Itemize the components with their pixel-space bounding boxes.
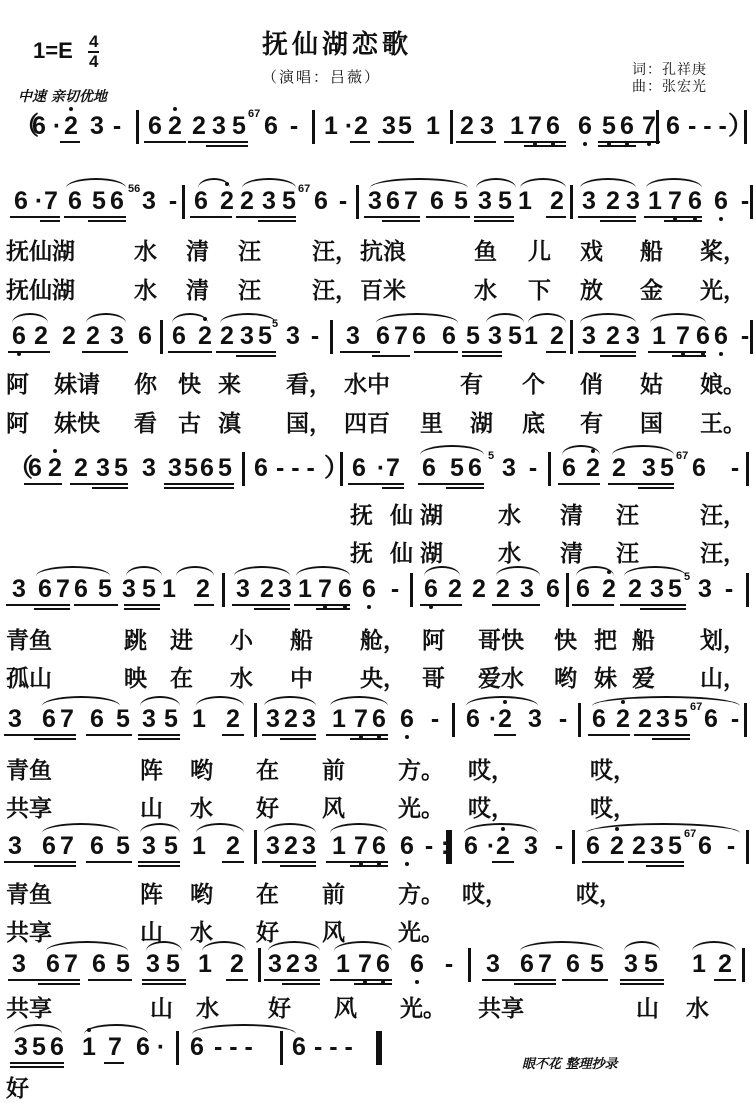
lyric-text: 光。 (398, 914, 444, 947)
note: 2 (494, 575, 512, 603)
slur-arc (650, 313, 706, 323)
barline (410, 573, 413, 607)
octave-dot-high (69, 107, 73, 111)
dash-extension: - (164, 187, 182, 215)
note: 3 (260, 187, 278, 215)
lyric-text: 哥 (422, 660, 445, 693)
octave-dot-low (415, 980, 419, 984)
slur-arc (424, 566, 460, 576)
beam-underline (634, 734, 690, 736)
meter-top: 4 (88, 33, 99, 53)
lyric-text: 哎， (590, 790, 636, 823)
note: 6 (440, 322, 458, 350)
beam-underline (504, 141, 566, 143)
lyric-text: 妹 (594, 660, 617, 693)
note: 2 (258, 575, 276, 603)
beam-underline (264, 979, 320, 981)
note: 3 (284, 322, 302, 350)
note: 3 (648, 832, 666, 860)
note: 2 (604, 322, 622, 350)
note: 2 (630, 832, 648, 860)
note: 6 (188, 1033, 206, 1061)
barline (566, 573, 569, 607)
dash-extension: - - - (214, 1033, 253, 1061)
slur-arc (580, 178, 636, 188)
dash-extension: - - - (688, 112, 727, 140)
note: 7 (352, 832, 370, 860)
note: 1 (296, 575, 314, 603)
note: 3 (302, 950, 320, 978)
lyric-text: 清 (560, 497, 583, 530)
beam-underline (648, 351, 706, 353)
lyric-text: 光， (700, 272, 746, 305)
song-title: 抚仙湖恋歌 (262, 24, 412, 61)
beam-underline (190, 216, 232, 218)
barline (750, 185, 753, 219)
beam-underline (8, 351, 50, 353)
note: 3 (238, 322, 256, 350)
beam-underline (714, 979, 736, 981)
lyric-text: 爱 (632, 660, 655, 693)
lyric-text: 放 (580, 272, 603, 305)
note: 5 (162, 705, 180, 733)
tempo-marking: 中速 亲切优地 (18, 86, 107, 106)
lyric-text: 舱， (360, 622, 406, 655)
beam-underline (546, 351, 566, 353)
beam-underline (262, 861, 316, 863)
lyric-text: 好 (256, 790, 279, 823)
note: 6 (702, 705, 720, 733)
beam-underline (652, 738, 690, 740)
beam-underline (326, 861, 388, 863)
barline (452, 703, 455, 737)
slur-arc (562, 445, 600, 455)
beam-underline (294, 604, 350, 606)
lyric-text: 山 (140, 790, 163, 823)
barline (746, 830, 749, 864)
beam-underline (10, 216, 60, 218)
barline (242, 452, 245, 486)
note: 6 (712, 322, 730, 350)
beam-underline (494, 734, 516, 736)
slur-arc (586, 823, 740, 833)
notation-row: 6222366223553-36766535123231766- (0, 322, 756, 362)
note: 6 (192, 187, 210, 215)
note: 3 (10, 575, 28, 603)
beam-underline (426, 216, 470, 218)
lyric-text: 映 (124, 660, 147, 693)
lyric-text: 青鱼 (6, 622, 52, 655)
note: 3 (484, 950, 502, 978)
barline (160, 320, 163, 354)
note: 3 (210, 112, 228, 140)
lyric-text: 汪， (312, 272, 358, 305)
note: 1 (508, 112, 526, 140)
lyric-text: 汪 (616, 535, 639, 568)
lyric-text: 汪， (700, 497, 746, 530)
lyric-text: 孤山 (6, 660, 52, 693)
dash-extension: - (726, 705, 744, 733)
note: 5 (658, 454, 676, 482)
note: 7 (352, 705, 370, 733)
note: 6 (574, 575, 592, 603)
beam-underline (216, 351, 276, 353)
lyric-text: 小 (230, 622, 253, 655)
note: 6 (544, 575, 562, 603)
slur-arc (196, 823, 244, 833)
note: 7 (58, 832, 76, 860)
grace-note: 67 (676, 450, 688, 462)
note: 5 (588, 950, 606, 978)
note: 7 (58, 705, 76, 733)
beam-underline (418, 483, 484, 485)
notation-row: 3676535123231766-367653512 (0, 950, 756, 990)
octave-dot-high (173, 107, 177, 111)
barline (572, 830, 575, 864)
note: 7 (666, 187, 684, 215)
note: 6 (370, 705, 388, 733)
note: 6 (576, 112, 594, 140)
beam-underline (340, 351, 380, 353)
note: 2 (494, 832, 512, 860)
slur-arc (580, 313, 636, 323)
lyric-text: 湖 (420, 535, 443, 568)
lyric-text: 央， (360, 660, 406, 693)
beam-underline (24, 483, 62, 485)
lyric-text: 仙 (390, 497, 413, 530)
beam-underline (456, 141, 496, 143)
note: 6 (72, 575, 90, 603)
dash-extension: - (426, 705, 444, 733)
lyric-text: 青鱼 (6, 752, 52, 785)
beam-underline (638, 487, 674, 489)
beam-underline (262, 734, 316, 736)
note: 1 (322, 112, 340, 140)
lyric-text: 快 (178, 366, 201, 399)
lyric-text: 前 (322, 752, 345, 785)
barline (578, 703, 581, 737)
note: 6 (88, 832, 106, 860)
lyric-text: 中 (290, 660, 313, 693)
note: 6 (44, 950, 62, 978)
note: 7 (392, 322, 410, 350)
note: 2 (196, 322, 214, 350)
note: 2 (60, 322, 78, 350)
lyric-text: 个 (522, 366, 545, 399)
note: 6 (40, 705, 58, 733)
slur-arc (264, 696, 316, 706)
slur-arc (234, 566, 290, 576)
lyric-text: 水 (498, 497, 521, 530)
note: 3 (234, 575, 252, 603)
note: 7 (42, 187, 60, 215)
beam-underline (34, 608, 70, 610)
note: 1 (80, 1033, 98, 1061)
meter-bottom: 4 (89, 52, 98, 71)
note: 3 (478, 112, 496, 140)
note: 2 (194, 575, 212, 603)
note: 2 (604, 187, 622, 215)
lyric-text: 里 (420, 405, 443, 438)
slur-arc (202, 941, 246, 951)
note: 3 (640, 454, 658, 482)
lyric-text: 水 (196, 990, 219, 1023)
dash-extension: - (726, 454, 744, 482)
barline (468, 948, 471, 982)
note: 3 (6, 832, 24, 860)
note: 1 (196, 950, 214, 978)
lyricist-credit: 词：孔祥庚 (632, 62, 707, 79)
slur-arc (242, 178, 296, 188)
slur-arc (42, 823, 120, 833)
lyric-text: 在 (256, 876, 279, 909)
note: 2 (496, 705, 514, 733)
note: 5 (164, 950, 182, 978)
note: 6 (26, 454, 44, 482)
note: 1 (424, 112, 442, 140)
note: 7 (536, 950, 554, 978)
octave-dot-low (719, 217, 723, 221)
note: 5 (90, 187, 108, 215)
grace-note: 67 (298, 183, 310, 195)
beam-underline (598, 145, 636, 147)
note: 2 (548, 322, 566, 350)
note: · (152, 1033, 170, 1061)
barline (136, 110, 139, 144)
slur-arc (86, 313, 126, 323)
beam-underline (372, 355, 410, 357)
note: 2 (282, 705, 300, 733)
note: 1 (334, 950, 352, 978)
lyric-text: 阿 (6, 366, 29, 399)
note: 6 (410, 322, 428, 350)
note: 5 (280, 187, 298, 215)
lyric-text: 国 (640, 405, 663, 438)
note: 2 (626, 575, 644, 603)
slur-arc (12, 313, 48, 323)
note: 2 (458, 112, 476, 140)
note: 5 (496, 187, 514, 215)
lyric-text: 哎， (468, 752, 514, 785)
note: 2 (282, 832, 300, 860)
lyric-text: 下 (528, 272, 551, 305)
lyric-text: 好 (256, 914, 279, 947)
slur-arc (370, 178, 468, 188)
singer-credit: （演唱：吕薇） (262, 66, 381, 87)
note: 6 (146, 112, 164, 140)
slur-arc (624, 941, 660, 951)
beam-underline (88, 220, 126, 222)
dash-extension: - (386, 575, 404, 603)
lyric-text: 光。 (398, 790, 444, 823)
barline (744, 703, 747, 737)
beam-underline (4, 734, 76, 736)
notation-row: （6·23-62235676-1·23512317665676- - -） (0, 112, 756, 152)
beam-underline (88, 979, 132, 981)
beam-underline (578, 216, 636, 218)
lyric-text: 鱼 (474, 233, 497, 266)
slur-arc (466, 696, 538, 706)
note: 6 (48, 1033, 66, 1061)
beam-underline (620, 604, 686, 606)
note: 6 (420, 454, 438, 482)
note: 7 (526, 112, 544, 140)
slur-arc (296, 566, 350, 576)
barline (656, 110, 659, 144)
beam-underline (38, 983, 80, 985)
beam-underline (462, 351, 502, 353)
beam-underline (124, 604, 160, 606)
note: 5 (114, 950, 132, 978)
dash-extension: - (722, 832, 740, 860)
beam-underline (232, 604, 290, 606)
note: 6 (170, 322, 188, 350)
note: 7 (54, 575, 72, 603)
beam-underline (138, 861, 180, 863)
beam-underline (206, 145, 248, 147)
slur-arc (84, 1024, 148, 1034)
slur-arc (264, 823, 316, 833)
slur-arc (66, 178, 126, 188)
octave-dot-high (53, 449, 57, 453)
lyric-text: 清 (560, 535, 583, 568)
note: 3 (500, 454, 518, 482)
beam-underline (70, 483, 128, 485)
note: 3 (476, 187, 494, 215)
beam-underline (86, 861, 132, 863)
beam-underline (330, 979, 392, 981)
note: 6 (384, 187, 402, 215)
note: 3 (300, 832, 318, 860)
note: 1 (516, 187, 534, 215)
beam-underline (316, 608, 350, 610)
note: 5 (600, 112, 618, 140)
note: 5 (30, 1033, 48, 1061)
slur-arc (576, 566, 614, 576)
note: 3 (654, 705, 672, 733)
slur-arc (496, 566, 540, 576)
beam-underline (620, 979, 664, 981)
note: 6 (696, 832, 714, 860)
lyric-text: 姑 (640, 366, 663, 399)
note: 2 (446, 575, 464, 603)
note: 6 (690, 454, 708, 482)
note: 6 (466, 454, 484, 482)
beam-underline (628, 861, 684, 863)
note: 5 (140, 575, 158, 603)
beam-underline (282, 983, 320, 985)
note: 6 (312, 187, 330, 215)
lyric-text: 哎， (468, 790, 514, 823)
beam-underline (168, 351, 212, 353)
double-barline (446, 830, 452, 864)
lyric-text: 水 (498, 535, 521, 568)
note: 5 (114, 705, 132, 733)
slur-arc (420, 445, 484, 455)
beam-underline (10, 1066, 64, 1068)
note: 6 (370, 832, 388, 860)
lyric-text: 水中 (344, 366, 390, 399)
slur-arc (36, 566, 110, 576)
beam-underline (4, 861, 76, 863)
slur-arc (42, 696, 120, 706)
barline (254, 703, 257, 737)
dash-extension: - (334, 187, 352, 215)
beam-underline (572, 604, 614, 606)
lyric-text: 船 (632, 622, 655, 655)
beam-underline (60, 141, 80, 143)
note: 3 (486, 322, 504, 350)
beam-underline (364, 216, 420, 218)
note: 5 (396, 112, 414, 140)
lyric-text: 来 (218, 366, 241, 399)
note: 3 (344, 322, 362, 350)
lyric-text: 爱水 (478, 660, 524, 693)
lyric-text: 方。 (398, 752, 444, 785)
note: 7 (384, 454, 402, 482)
author-credits: 词：孔祥庚 曲：张宏光 (632, 62, 707, 96)
lyric-text: 光。 (400, 990, 446, 1023)
lyric-text: 风 (334, 990, 357, 1023)
note: 2 (636, 705, 654, 733)
beam-underline (138, 738, 180, 740)
lyric-text: 风 (322, 914, 345, 947)
note: 2 (600, 575, 618, 603)
note: 3 (140, 832, 158, 860)
note: 5 (96, 575, 114, 603)
note: 5 (452, 187, 470, 215)
beam-underline (64, 216, 126, 218)
note: 6 (564, 950, 582, 978)
beam-underline (40, 220, 60, 222)
note: 2 (352, 112, 370, 140)
slur-arc (612, 445, 674, 455)
note: 6 (374, 950, 392, 978)
beam-underline (326, 734, 388, 736)
octave-dot-low (583, 142, 587, 146)
lyric-text: 水 (134, 233, 157, 266)
beam-underline (492, 861, 514, 863)
lyric-text: 抚仙湖 (6, 233, 75, 266)
beam-underline (524, 145, 566, 147)
note: 5 (230, 112, 248, 140)
lyric-text: 共享 (478, 990, 524, 1023)
note: 3 (648, 575, 666, 603)
beam-underline (474, 220, 514, 222)
lyric-text: 妹请 (54, 366, 100, 399)
barline (750, 320, 753, 354)
barline (450, 110, 453, 144)
slur-arc (592, 696, 740, 706)
beam-underline (188, 141, 248, 143)
grace-note: 67 (248, 108, 260, 120)
lyric-text: 汪 (238, 272, 261, 305)
notation-row: 356176·6- - -6- - - (0, 1033, 756, 1073)
grace-note: 5 (488, 450, 494, 462)
note: 1 (190, 705, 208, 733)
beam-underline (354, 983, 392, 985)
note: 2 (84, 322, 102, 350)
lyric-text: 王。 (700, 405, 746, 438)
note: 5 (216, 454, 234, 482)
slur-arc (376, 313, 458, 323)
note: 6 (694, 322, 712, 350)
beam-underline (92, 487, 128, 489)
slur-arc (192, 1024, 296, 1034)
beam-underline (492, 604, 540, 606)
note: 3 (518, 575, 536, 603)
beam-underline (588, 734, 630, 736)
